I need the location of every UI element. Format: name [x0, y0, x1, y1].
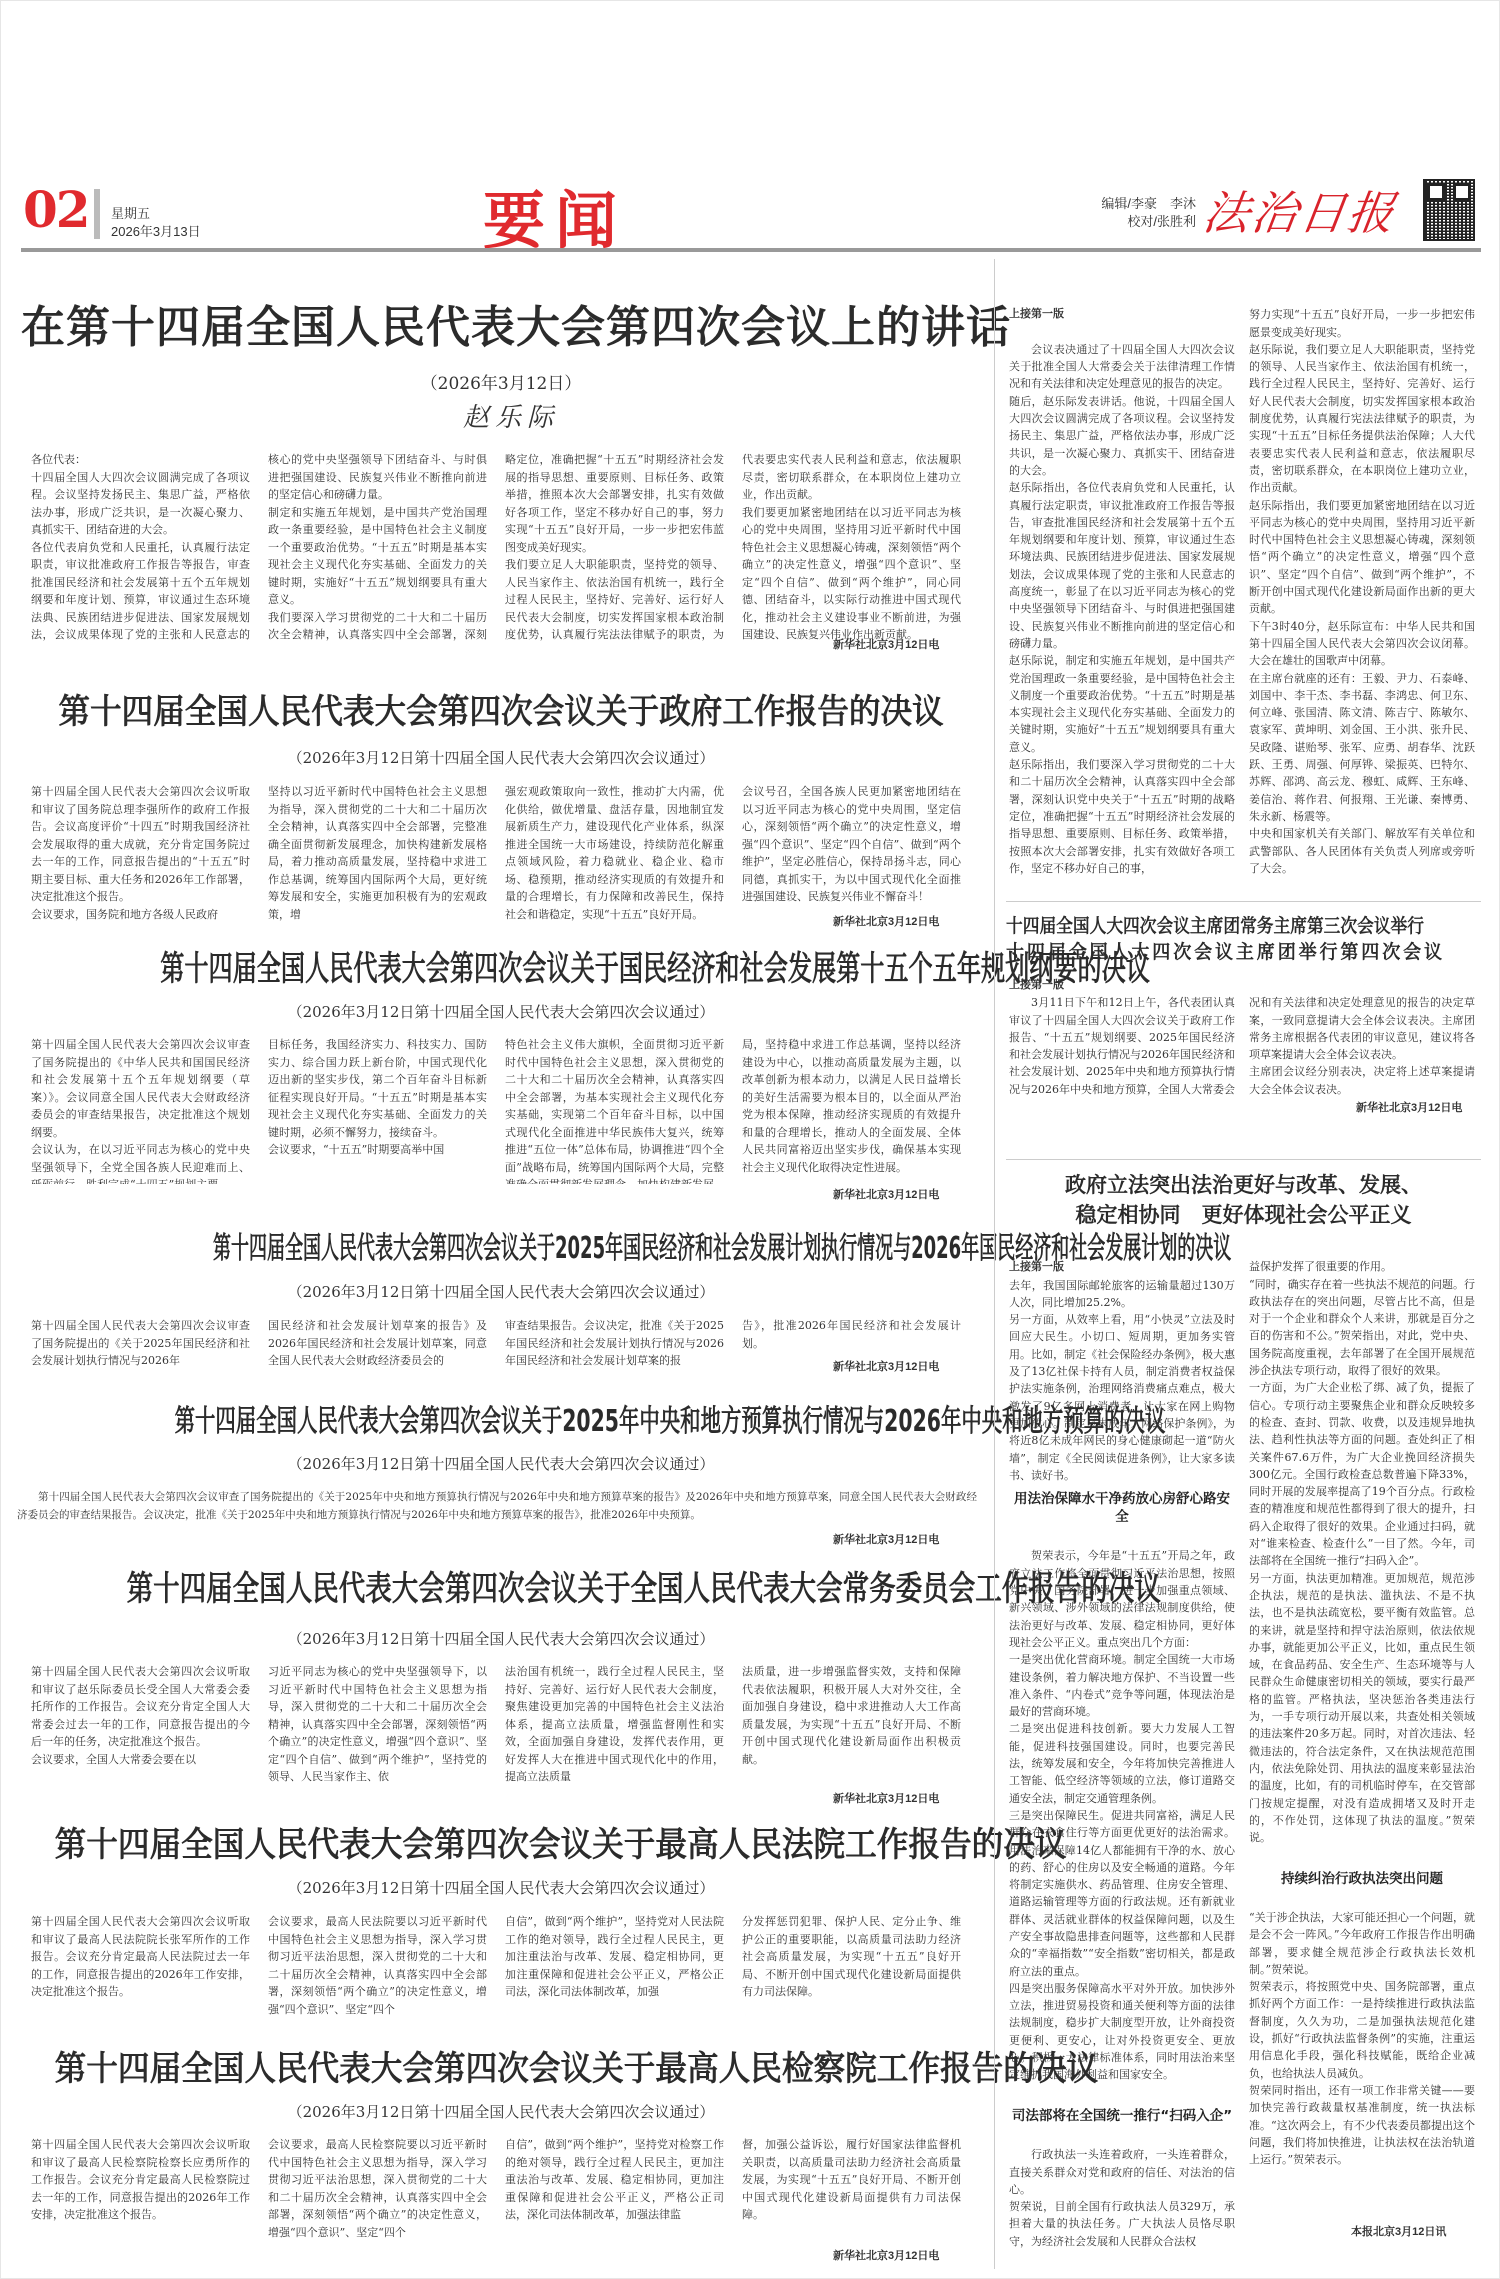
article-headline: 第十四届全国人民代表大会第四次会议关于国民经济和社会发展第十五个五年规划纲要的决…: [160, 941, 842, 990]
article-column: 国民经济和社会发展计划草案的报告》及2026年国民经济和社会发展计划草案，同意全…: [268, 1317, 487, 1373]
article-column: 强宏观政策取向一致性，推动扩大内需，优化供给，做优增量、盘活存量，因地制宜发展新…: [505, 783, 724, 923]
issue-date: 2026年3月13日: [111, 221, 201, 240]
dateline: 新华社北京3月12日电: [833, 1358, 939, 1374]
article-subtitle: （2026年3月12日第十四届全国人民代表大会第四次会议通过）: [21, 1453, 981, 1474]
page-number-divider: [94, 189, 100, 239]
masthead-rule: [21, 248, 1481, 252]
article-headline: 第十四届全国人民代表大会第四次会议关于全国人民代表大会常务委员会工作报告的决议: [127, 1561, 876, 1610]
article-column: 坚持以习近平新时代中国特色社会主义思想为指导，深入贯彻党的二十大和二十届历次全会…: [268, 783, 487, 923]
article-text: 努力实现“十五五”良好开局，一步一步把宏伟愿景变成美好现实。 赵乐际说，我们要立…: [1249, 306, 1475, 879]
article-subtitle: （2026年3月12日第十四届全国人民代表大会第四次会议通过）: [21, 747, 981, 768]
article-column: 局，坚持稳中求进工作总基调，坚持以经济建设为中心，以推动高质量发展为主题，以改革…: [742, 1036, 961, 1184]
continued-label: 上接第一版: [1009, 977, 1235, 994]
section-title: 要闻: [483, 171, 627, 260]
proofreader-line: 校对/张胜利: [1036, 213, 1196, 231]
subheading: 持续纠治行政执法突出问题: [1249, 1870, 1475, 1888]
article-column: 目标任务，我国经济实力、科技实力、国防实力、综合国力跃上新台阶，中国式现代化迈出…: [268, 1036, 487, 1184]
article-column: 第十四届全国人民代表大会第四次会议听取和审议了赵乐际委员长受全国人大常委会委托所…: [31, 1663, 250, 1798]
article-body: 第十四届全国人民代表大会第四次会议审查了国务院提出的《中华人民共和国国民经济和社…: [31, 1036, 961, 1184]
dateline: 新华社北京3月12日电: [833, 2247, 939, 2263]
masthead: 02 星期五 2026年3月13日 要闻 编辑/李豪 李沐 校对/张胜利 法治日…: [21, 151, 1500, 251]
article-text: 会议表决通过了十四届全国人大四次会议关于批准全国人大常委会关于法律清理工作情况和…: [1009, 341, 1235, 877]
subheading: 司法部将在全国统一推行“扫码入企”: [1009, 2107, 1235, 2125]
editor-line: 编辑/李豪 李沐: [1036, 195, 1196, 213]
right-mid-col1: 上接第一版 3月11日下午和12日上午，各代表团认真审议了十四届全国人大四次会议…: [1009, 977, 1235, 1097]
article-column: 会议要求，最高人民法院要以习近平新时代中国特色社会主义思想为指导，深入学习贯彻习…: [268, 1913, 487, 2018]
right-top-col1: 上接第一版 会议表决通过了十四届全国人大四次会议关于批准全国人大常委会关于法律清…: [1009, 289, 1235, 879]
dateline: 新华社北京3月12日电: [833, 1790, 939, 1806]
dateline: 新华社北京3月12日电: [833, 913, 939, 929]
article-subtitle: （2026年3月12日第十四届全国人民代表大会第四次会议通过）: [21, 1281, 981, 1302]
article-headline: 十四届全国人大四次会议主席团举行第四次会议: [1006, 937, 1453, 964]
dateline: 新华社北京3月12日电: [833, 636, 939, 652]
article-column: 各位代表： 十四届全国人大四次会议圆满完成了各项议程。会议坚持发扬民主、集思广益…: [31, 451, 250, 646]
article-column: 法质量，进一步增强监督实效，支持和保障代表依法履职，积极开展人大对外交往，全面加…: [742, 1663, 961, 1798]
right-mid-col2: 况和有关法律和决定处理意见的报告的决定草案，一致同意提请大会全体会议表决。主席团…: [1249, 977, 1475, 1097]
article-column: 第十四届全国人民代表大会第四次会议听取和审议了国务院总理李强所作的政府工作报告。…: [31, 783, 250, 923]
article-body: 第十四届全国人民代表大会第四次会议听取和审议了最高人民法院院长张军所作的工作报告…: [31, 1913, 961, 2018]
article-text: 益保护发挥了很重要的作用。 “同时，确实存在着一些执法不规范的问题。行政执法存在…: [1249, 1258, 1475, 1846]
article-column: 自信”，做到“两个维护”，坚持党对检察工作的绝对领导，践行全过程人民民主，更加注…: [505, 2136, 724, 2241]
article-headline: 十四届全国人大四次会议主席团常务主席第三次会议举行: [1006, 911, 1420, 938]
page-number: 02: [23, 185, 89, 235]
article-text: 况和有关法律和决定处理意见的报告的决定草案，一致同意提请大会全体会议表决。主席团…: [1249, 994, 1475, 1097]
article-column: 代表要忠实代表人民利益和意志，依法履职尽责，密切联系群众，在本职岗位上建功立业，…: [742, 451, 961, 646]
right-bottom-col2: 益保护发挥了很重要的作用。 “同时，确实存在着一些执法不规范的问题。行政执法存在…: [1249, 1241, 1475, 2241]
continued-label: 上接第一版: [1009, 306, 1235, 323]
article-headline: 政府立法突出法治更好与改革、发展、: [1006, 1169, 1481, 1199]
article-body: 第十四届全国人民代表大会第四次会议听取和审议了最高人民检察院检察长应勇所作的工作…: [31, 2136, 961, 2241]
article-subtitle: （2026年3月12日第十四届全国人民代表大会第四次会议通过）: [21, 2101, 981, 2122]
article-subtitle: （2026年3月12日第十四届全国人民代表大会第四次会议通过）: [21, 1001, 981, 1022]
article-column: 习近平同志为核心的党中央坚强领导下，以习近平新时代中国特色社会主义思想为指导，深…: [268, 1663, 487, 1798]
article-subtitle: （2026年3月12日第十四届全国人民代表大会第四次会议通过）: [21, 1877, 981, 1898]
article-text: 贺荣表示，今年是“十五五”开局之年，政府立法工作将全面贯彻习近平法治思想，按照党…: [1009, 1547, 1235, 2083]
article-column: 分发挥惩罚犯罪、保护人民、定分止争、维护公正的重要职能，以高质量司法助力经济社会…: [742, 1913, 961, 2018]
article-text: 3月11日下午和12日上午，各代表团认真审议了十四届全国人大四次会议关于政府工作…: [1009, 994, 1235, 1097]
editor-credits: 编辑/李豪 李沐 校对/张胜利: [1036, 195, 1196, 231]
article-column: 会议要求，最高人民检察院要以习近平新时代中国特色社会主义思想为指导，深入学习贯彻…: [268, 2136, 487, 2241]
article-headline: 第十四届全国人民代表大会第四次会议关于2025年国民经济和社会发展计划执行情况与…: [213, 1223, 789, 1267]
dateline: 新华社北京3月12日电: [1356, 1099, 1462, 1115]
weekday: 星期五: [111, 203, 150, 222]
column-divider: [994, 259, 995, 2269]
dateline: 本报北京3月12日讯: [1351, 2223, 1446, 2239]
article-column: 第十四届全国人民代表大会第四次会议审查了国务院提出的《中华人民共和国国民经济和社…: [31, 1036, 250, 1184]
article-subtitle: （2026年3月12日）: [21, 369, 981, 394]
article-headline: 在第十四届全国人民代表大会第四次会议上的讲话: [21, 291, 981, 355]
article-column: 第十四届全国人民代表大会第四次会议审查了国务院提出的《关于2025年国民经济和社…: [31, 1317, 250, 1373]
article-body: 第十四届全国人民代表大会第四次会议听取和审议了国务院总理李强所作的政府工作报告。…: [31, 783, 961, 923]
article-body: 第十四届全国人民代表大会第四次会议审查了国务院提出的《关于2025年国民经济和社…: [31, 1317, 961, 1373]
section-divider: [1006, 1159, 1481, 1160]
article-column: 核心的党中央坚强领导下团结奋斗、与时俱进把强国建设、民族复兴伟业不断推向前进的坚…: [268, 451, 487, 646]
dateline: 新华社北京3月12日电: [833, 1531, 939, 1547]
article-column: 法治国有机统一，践行全过程人民民主，坚持好、完善好、运行好人民代表大会制度，聚焦…: [505, 1663, 724, 1798]
subheading: 用法治保障水干净药放心房舒心路安全: [1009, 1490, 1235, 1526]
article-column: 审查结果报告。会议决定，批准《关于2025年国民经济和社会发展计划执行情况与20…: [505, 1317, 724, 1373]
article-headline: 第十四届全国人民代表大会第四次会议关于最高人民检察院工作报告的决议: [55, 2041, 948, 2090]
article-subtitle: （2026年3月12日第十四届全国人民代表大会第四次会议通过）: [21, 1628, 981, 1649]
article-text: 行政执法一头连着政府，一头连着群众，直接关系群众对党和政府的信任、对法治的信心。…: [1009, 2146, 1235, 2250]
article-byline: 赵乐际: [463, 397, 559, 434]
right-bottom-col1: 上接第一版 去年，我国国际邮轮旅客的运输量超过130万人次，同比增加25.2%。…: [1009, 1241, 1235, 2271]
article-column: 会议号召，全国各族人民更加紧密地团结在以习近平同志为核心的党中央周围，坚定信心，…: [742, 783, 961, 923]
article-headline: 第十四届全国人民代表大会第四次会议关于2025年中央和地方预算执行情况与2026…: [175, 1396, 828, 1440]
article-text: 去年，我国国际邮轮旅客的运输量超过130万人次，同比增加25.2%。 另一方面，…: [1009, 1279, 1235, 1482]
article-body: 第十四届全国人民代表大会第四次会议听取和审议了赵乐际委员长受全国人大常委会委托所…: [31, 1663, 961, 1798]
article-column: 督，加强公益诉讼，履行好国家法律监督机关职责，以高质量司法助力经济社会高质量发展…: [742, 2136, 961, 2241]
continued-label: 上接第一版: [1009, 1261, 1064, 1273]
right-top-col2: 努力实现“十五五”良好开局，一步一步把宏伟愿景变成美好现实。 赵乐际说，我们要立…: [1249, 289, 1475, 879]
newspaper-page: 02 星期五 2026年3月13日 要闻 编辑/李豪 李沐 校对/张胜利 法治日…: [0, 0, 1500, 2279]
newspaper-logo: 法治日报: [1199, 177, 1400, 243]
article-column: 第十四届全国人民代表大会第四次会议听取和审议了最高人民法院院长张军所作的工作报告…: [31, 1913, 250, 2018]
article-headline: 稳定相协同 更好体现社会公平正义: [1006, 1199, 1481, 1229]
article-column: 略定位，准确把握“十五五”时期经济社会发展的指导思想、重要原则、目标任务、政策举…: [505, 451, 724, 646]
article-headline: 第十四届全国人民代表大会第四次会议关于最高人民法院工作报告的决议: [55, 1817, 948, 1866]
qr-code-icon[interactable]: [1423, 179, 1475, 241]
article-body: 第十四届全国人民代表大会第四次会议审查了国务院提出的《关于2025年中央和地方预…: [17, 1489, 977, 1524]
article-headline: 第十四届全国人民代表大会第四次会议关于政府工作报告的决议: [55, 684, 948, 733]
dateline: 新华社北京3月12日电: [833, 1186, 939, 1202]
section-divider: [1006, 901, 1481, 902]
article-column: 自信”，做到“两个维护”，坚持党对人民法院工作的绝对领导，践行全过程人民民主，更…: [505, 1913, 724, 2018]
article-text: “关于涉企执法，大家可能还担心一个问题，就是会不会一阵风。”今年政府工作报告作出…: [1249, 1909, 1475, 2168]
article-body: 各位代表： 十四届全国人大四次会议圆满完成了各项议程。会议坚持发扬民主、集思广益…: [31, 451, 961, 646]
article-column: 特色社会主义伟大旗帜，全面贯彻习近平新时代中国特色社会主义思想，深入贯彻党的二十…: [505, 1036, 724, 1184]
article-column: 第十四届全国人民代表大会第四次会议听取和审议了最高人民检察院检察长应勇所作的工作…: [31, 2136, 250, 2241]
